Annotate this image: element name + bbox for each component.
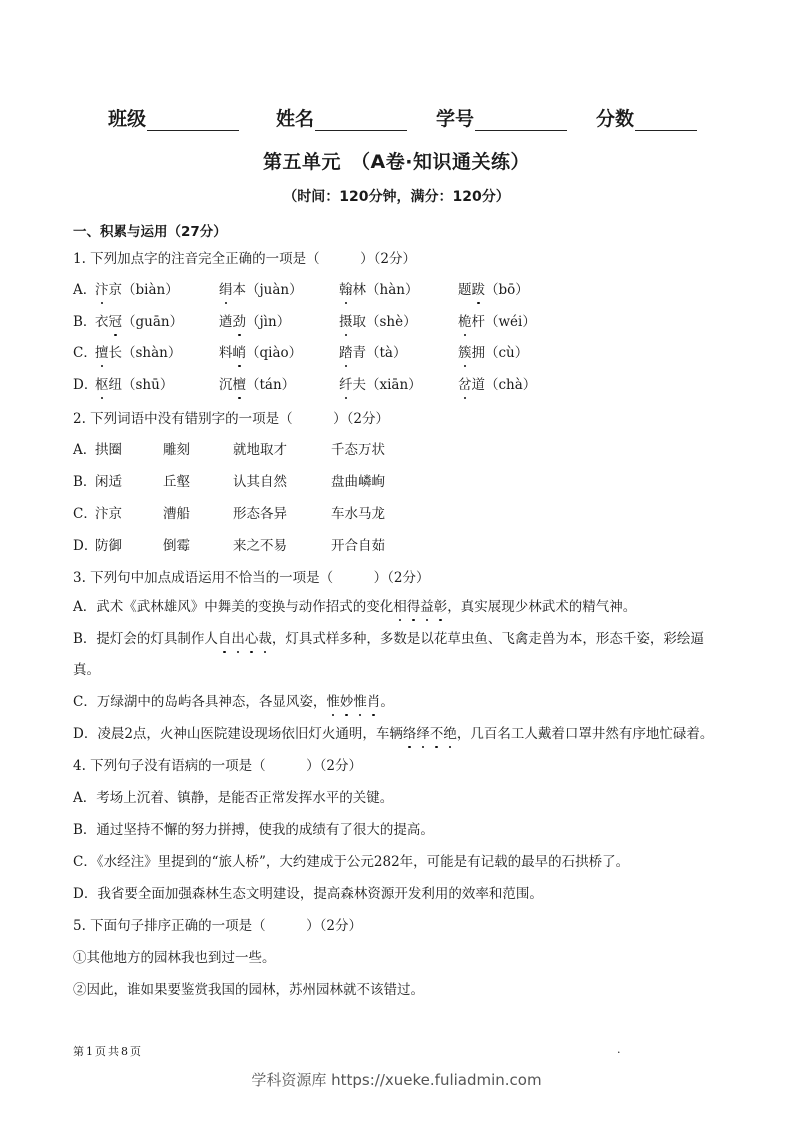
sentence-text: ，几百名工人戴着口罩井然有序地忙碌着。 [457,726,714,742]
class-label: 班级 [108,108,146,130]
word: 漕船 [163,505,190,523]
name-field[interactable]: 姓名 [276,104,407,131]
option-letter: B． [73,313,96,331]
student-id-blank[interactable] [475,110,567,131]
emphasized-idiom: 自出心裁 [218,631,272,647]
word: 千态万状 [331,441,385,459]
q1-a-item-3: 翰林（hàn） [339,281,418,299]
sentence-text: ，灯具式样多种，多数是以花草虫鱼、飞禽走兽为本，形态千姿，彩绘逼 [272,631,704,647]
word: 来之不易 [233,537,287,555]
word: 闲适 [95,473,122,491]
sentence-text: 《水经注》里提到的“旅人桥”，大约建成于公元282年，可能是有记载的最早的石拱桥… [97,854,629,870]
q1-a-item-4: 题跋（bō） [458,281,529,299]
score-field[interactable]: 分数 [596,104,697,131]
word: 防御 [95,537,122,555]
word: 汴京 [95,505,122,523]
name-blank[interactable] [315,110,407,131]
question-1-stem: 1. 下列加点字的注音完全正确的一项是（ ）（2分） [73,250,416,268]
q1-c-item-4: 簇拥（cù） [458,344,528,362]
footer-mark: . [617,1043,621,1056]
q2-option-d[interactable]: D． 防御 倒霉 来之不易 开合自茹 [73,537,473,557]
q1-c-item-1: 擅长（shàn） [95,344,181,362]
emphasized-idiom: 络绎不绝 [403,726,457,742]
exam-subtitle: （时间：120分钟，满分：120分） [0,186,793,206]
q1-c-item-3: 踏青（tà） [339,344,406,362]
exam-title: 第五单元 （A卷·知识通关练） [0,147,793,174]
sentence-text: 提灯会的灯具制作人 [96,631,218,647]
option-letter: D． [73,376,97,394]
q1-d-item-4: 岔道（chà） [458,376,536,394]
option-letter: A． [73,790,96,806]
q5-sentence-2: ②因此，谁如果要鉴赏我国的园林，苏州园林就不该错过。 [73,981,424,999]
option-letter: C． [73,505,97,523]
word: 就地取才 [233,441,287,459]
q1-b-item-3: 摄取（shè） [339,313,417,331]
option-letter: D． [73,886,97,902]
q1-b-item-4: 桅杆（wéi） [458,313,536,331]
emphasized-idiom: 惟妙惟肖 [326,694,380,710]
option-letter: A． [73,599,96,615]
q3-option-d[interactable]: D．凌晨2点，火神山医院建设现场依旧灯火通明，车辆络绎不绝，几百名工人戴着口罩井… [73,725,713,743]
word: 开合自茹 [331,537,385,555]
q1-b-item-2: 遒劲（jìn） [219,313,290,331]
sentence-text: 凌晨2点，火神山医院建设现场依旧灯火通明，车辆 [97,726,403,742]
option-letter: D． [73,726,97,742]
word: 车水马龙 [331,505,385,523]
student-id-field[interactable]: 学号 [436,104,567,131]
option-letter: A． [73,441,96,459]
page-number: 第1页共8页 [73,1043,143,1059]
q3-option-c[interactable]: C．万绿湖中的岛屿各具神态，各显风姿，惟妙惟肖。 [73,693,394,711]
class-field[interactable]: 班级 [108,104,239,131]
q4-option-b[interactable]: B．通过坚持不懈的努力拼搏，使我的成绩有了很大的提高。 [73,821,434,839]
option-letter: C． [73,694,97,710]
option-letter: B． [73,631,96,647]
sentence-text: ，真实展现少林武术的精气神。 [447,599,636,615]
word: 丘壑 [163,473,190,491]
exam-page: 班级 姓名 学号 分数 第五单元 （A卷·知识通关练） （时间：120分钟，满分… [0,0,793,1122]
q2-option-c[interactable]: C． 汴京 漕船 形态各异 车水马龙 [73,505,473,525]
option-letter: B． [73,473,96,491]
q2-option-a[interactable]: A． 拱圈 雕刻 就地取才 千态万状 [73,441,473,461]
q4-option-a[interactable]: A．考场上沉着、镇静，是能否正常发挥水平的关键。 [73,789,393,807]
q3-option-b[interactable]: B．提灯会的灯具制作人自出心裁，灯具式样多种，多数是以花草虫鱼、飞禽走兽为本，形… [73,630,704,648]
sentence-text: 。 [380,694,394,710]
q4-option-c[interactable]: C．《水经注》里提到的“旅人桥”，大约建成于公元282年，可能是有记载的最早的石… [73,853,629,871]
sentence-text: 通过坚持不懈的努力拼搏，使我的成绩有了很大的提高。 [96,822,434,838]
q1-c-item-2: 料峭（qiào） [219,344,302,362]
q1-option-a[interactable]: A． 汴京（biàn） 绢本（juàn） 翰林（hàn） 题跋（bō） [73,281,733,301]
q1-d-item-1: 枢纽（shū） [95,376,173,394]
student-info-row: 班级 姓名 学号 分数 [108,104,708,130]
sentence-text: 考场上沉着、镇静，是能否正常发挥水平的关键。 [96,790,393,806]
option-letter: D． [73,537,97,555]
q1-option-b[interactable]: B． 衣冠（guān） 遒劲（jìn） 摄取（shè） 桅杆（wéi） [73,313,733,333]
question-4-stem: 4. 下列句子没有语病的一项是（ ）（2分） [73,757,362,775]
question-5-stem: 5. 下面句子排序正确的一项是（ ）（2分） [73,917,362,935]
q1-a-item-2: 绢本（juàn） [219,281,303,299]
q1-d-item-2: 沉檀（tán） [219,376,295,394]
sentence-text: 万绿湖中的岛屿各具神态，各显风姿， [97,694,327,710]
word: 盘曲嶙峋 [331,473,385,491]
word: 形态各异 [233,505,287,523]
sentence-text: 武术《武林雄风》中舞美的变换与动作招式的变化 [96,599,393,615]
option-letter: C． [73,344,97,362]
q5-sentence-1: ①其他地方的园林我也到过一些。 [73,949,276,967]
score-label: 分数 [596,108,634,130]
question-3-stem: 3. 下列句中加点成语运用不恰当的一项是（ ）（2分） [73,569,430,587]
emphasized-idiom: 相得益彰 [393,599,447,615]
word: 倒霉 [163,537,190,555]
sentence-text: 我省要全面加强森林生态文明建设，提高森林资源开发利用的效率和范围。 [97,886,543,902]
class-blank[interactable] [147,110,239,131]
q1-b-item-1: 衣冠（guān） [95,313,183,331]
q1-a-item-1: 汴京（biàn） [95,281,179,299]
q3-option-b-continuation: 真。 [73,661,100,679]
q1-option-d[interactable]: D． 枢纽（shū） 沉檀（tán） 纤夫（xiān） 岔道（chà） [73,376,733,396]
word: 认其自然 [233,473,287,491]
q2-option-b[interactable]: B． 闲适 丘壑 认其自然 盘曲嶙峋 [73,473,473,493]
q4-option-d[interactable]: D．我省要全面加强森林生态文明建设，提高森林资源开发利用的效率和范围。 [73,885,543,903]
q1-d-item-3: 纤夫（xiān） [339,376,422,394]
q3-option-a[interactable]: A．武术《武林雄风》中舞美的变换与动作招式的变化相得益彰，真实展现少林武术的精气… [73,598,636,616]
q1-option-c[interactable]: C． 擅长（shàn） 料峭（qiào） 踏青（tà） 簇拥（cù） [73,344,733,364]
option-letter: A． [73,281,96,299]
student-id-label: 学号 [436,108,474,130]
name-label: 姓名 [276,108,314,130]
word: 拱圈 [95,441,122,459]
question-2-stem: 2. 下列词语中没有错别字的一项是（ ）（2分） [73,410,389,428]
score-blank[interactable] [635,110,697,131]
word: 雕刻 [163,441,190,459]
watermark-link[interactable]: 学科资源库 https://xueke.fuliadmin.com [0,1069,793,1090]
option-letter: C． [73,854,97,870]
option-letter: B． [73,822,96,838]
section-heading: 一、积累与运用（27分） [73,220,227,240]
